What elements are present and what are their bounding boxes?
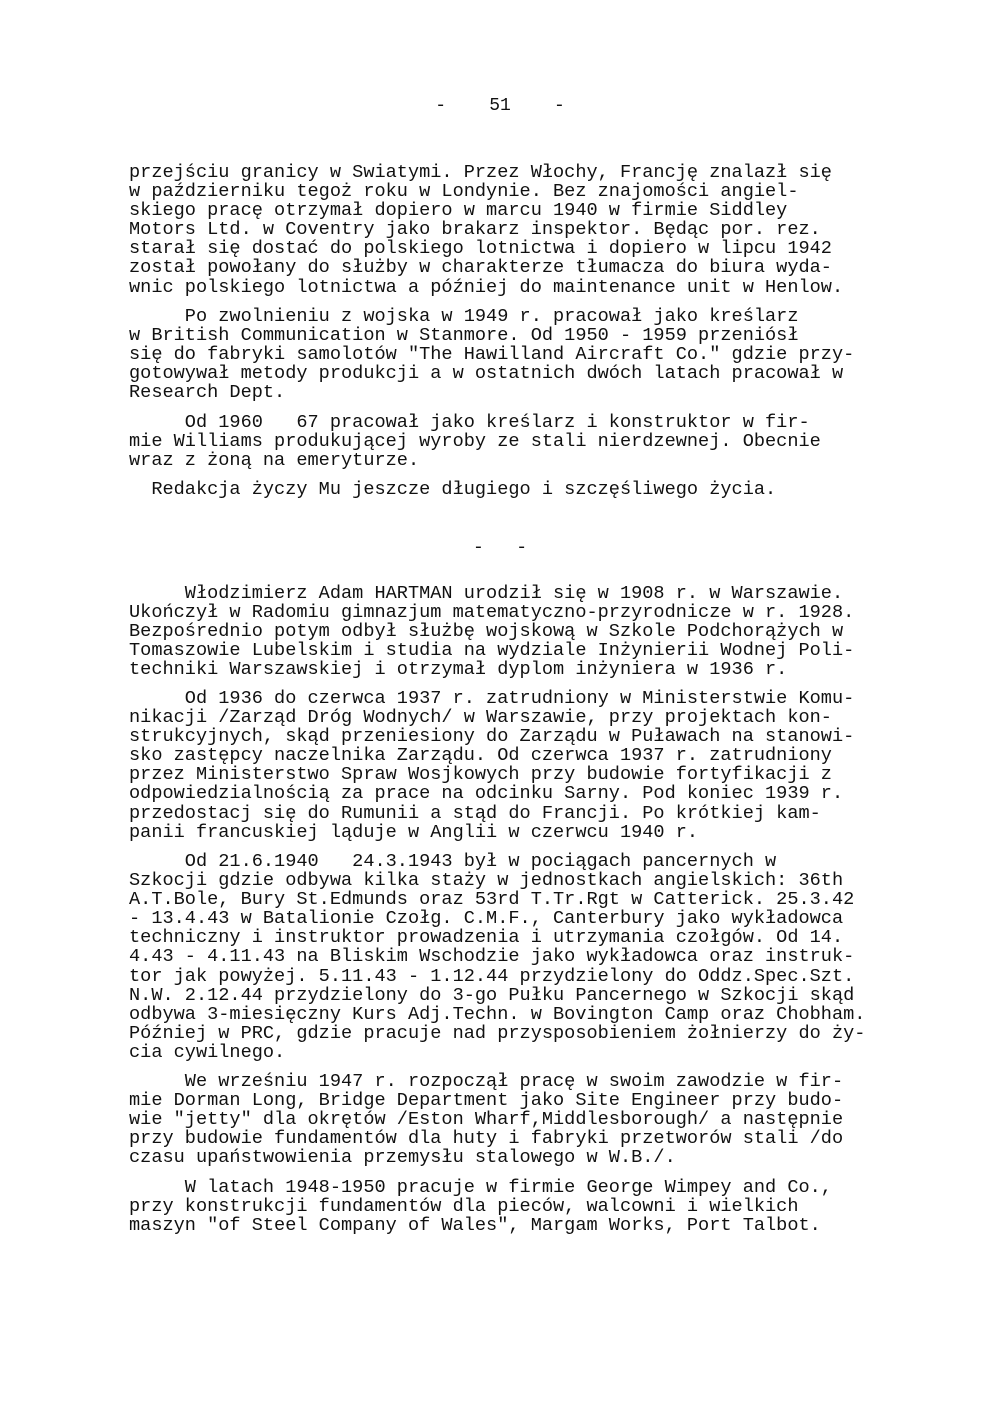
- text-line: Redakcja życzy Mu jeszcze długiego i szc…: [129, 480, 889, 499]
- paragraph: W latach 1948-1950 pracuje w firmie Geor…: [129, 1178, 889, 1235]
- text-line: starał się dostać do polskiego lotnictwa…: [129, 239, 889, 258]
- text-line: - 13.4.43 w Batalionie Czołg. C.M.F., Ca…: [129, 909, 889, 928]
- text-line: A.T.Bole, Bury St.Edmunds oraz 53rd T.Tr…: [129, 890, 889, 909]
- text-line: mie Dorman Long, Bridge Department jako …: [129, 1091, 889, 1110]
- closing-wish: Redakcja życzy Mu jeszcze długiego i szc…: [129, 480, 889, 499]
- text-line: Od 1936 do czerwca 1937 r. zatrudniony w…: [129, 689, 889, 708]
- text-line: panii francuskiej ląduje w Anglii w czer…: [129, 823, 889, 842]
- text-line: Research Dept.: [129, 383, 889, 402]
- text-line: 4.43 - 4.11.43 na Bliskim Wschodzie jako…: [129, 947, 889, 966]
- text-line: gotowywał metody produkcji a w ostatnich…: [129, 364, 889, 383]
- text-line: nikacji /Zarząd Dróg Wodnych/ w Warszawi…: [129, 708, 889, 727]
- text-line: odbywa 3-miesięczny Kurs Adj.Techn. w Bo…: [129, 1005, 889, 1024]
- text-line: cia cywilnego.: [129, 1043, 889, 1062]
- section-separator: - -: [0, 538, 1000, 558]
- text-line: Bezpośrednio potym odbył służbę wojskową…: [129, 622, 889, 641]
- paragraph: Od 1960 67 pracował jako kreślarz i kons…: [129, 413, 889, 470]
- text-line: przy budowie fundamentów dla huty i fabr…: [129, 1129, 889, 1148]
- paragraph: przejściu granicy w Swiatymi. Przez Włoc…: [129, 163, 889, 297]
- text-line: Tomaszowie Lubelskim i studia na wydzial…: [129, 641, 889, 660]
- text-line: We wrześniu 1947 r. rozpoczął pracę w sw…: [129, 1072, 889, 1091]
- text-line: Od 21.6.1940 24.3.1943 był w pociągach p…: [129, 852, 889, 871]
- paragraph: Od 21.6.1940 24.3.1943 był w pociągach p…: [129, 852, 889, 1062]
- text-line: Od 1960 67 pracował jako kreślarz i kons…: [129, 413, 889, 432]
- text-line: tor jak powyżej. 5.11.43 - 1.12.44 przyd…: [129, 967, 889, 986]
- text-line: skiego pracę otrzymał dopiero w marcu 19…: [129, 201, 889, 220]
- text-line: przy konstrukcji fundamentów dla pieców,…: [129, 1197, 889, 1216]
- text-line: sko zastępcy naczelnika Zarządu. Od czer…: [129, 746, 889, 765]
- text-line: mie Williams produkującej wyroby ze stal…: [129, 432, 889, 451]
- text-line: Później w PRC, gdzie pracuje nad przyspo…: [129, 1024, 889, 1043]
- document-page: - 51 - przejściu granicy w Swiatymi. Prz…: [0, 0, 1000, 1420]
- paragraph: We wrześniu 1947 r. rozpoczął pracę w sw…: [129, 1072, 889, 1167]
- paragraph: Włodzimierz Adam HARTMAN urodził się w 1…: [129, 584, 889, 679]
- paragraph: Od 1936 do czerwca 1937 r. zatrudniony w…: [129, 689, 889, 842]
- text-line: N.W. 2.12.44 przydzielony do 3-go Pułku …: [129, 986, 889, 1005]
- text-line: przedostacj się do Rumunii a stąd do Fra…: [129, 804, 889, 823]
- text-line: Włodzimierz Adam HARTMAN urodził się w 1…: [129, 584, 889, 603]
- text-line: wie "jetty" dla okrętów /Eston Wharf,Mid…: [129, 1110, 889, 1129]
- text-line: przez Ministerstwo Spraw Wosjkowych przy…: [129, 765, 889, 784]
- text-line: W latach 1948-1950 pracuje w firmie Geor…: [129, 1178, 889, 1197]
- text-line: wraz z żoną na emeryturze.: [129, 451, 889, 470]
- text-line: Po zwolnieniu z wojska w 1949 r. pracowa…: [129, 307, 889, 326]
- text-line: czasu upaństwowienia przemysłu stalowego…: [129, 1148, 889, 1167]
- text-line: przejściu granicy w Swiatymi. Przez Włoc…: [129, 163, 889, 182]
- text-line: strukcyjnych, skąd przeniesiony do Zarzą…: [129, 727, 889, 746]
- text-line: maszyn "of Steel Company of Wales", Marg…: [129, 1216, 889, 1235]
- text-line: się do fabryki samolotów "The Hawilland …: [129, 345, 889, 364]
- text-line: Ukończył w Radomiu gimnazjum matematyczn…: [129, 603, 889, 622]
- text-line: odpowiedzialnością za prace na odcinku S…: [129, 784, 889, 803]
- text-line: w British Communication w Stanmore. Od 1…: [129, 326, 889, 345]
- text-line: w październiku tegoż roku w Londynie. Be…: [129, 182, 889, 201]
- text-line: techniki Warszawskiej i otrzymał dyplom …: [129, 660, 889, 679]
- text-line: został powołany do służby w charakterze …: [129, 258, 889, 277]
- text-line: Motors Ltd. w Coventry jako brakarz insp…: [129, 220, 889, 239]
- page-number: - 51 -: [0, 96, 1000, 116]
- text-line: wnic polskiego lotnictwa a później do ma…: [129, 278, 889, 297]
- text-line: techniczny i instruktor prowadzenia i ut…: [129, 928, 889, 947]
- paragraph: Po zwolnieniu z wojska w 1949 r. pracowa…: [129, 307, 889, 402]
- text-line: Szkocji gdzie odbywa kilka staży w jedno…: [129, 871, 889, 890]
